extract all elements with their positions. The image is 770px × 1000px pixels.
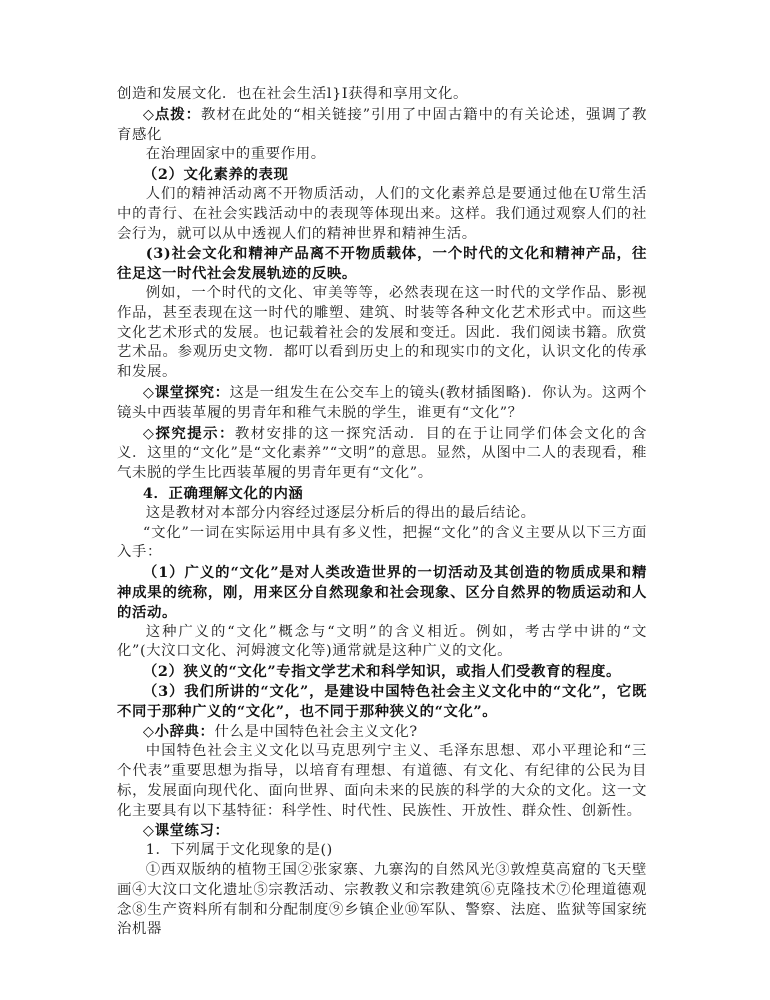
exercise-heading: ◇课堂练习： xyxy=(117,821,647,841)
section-heading: 4．正确理解文化的内涵 xyxy=(117,484,647,504)
paragraph: 中国特色社会主义文化以马克思列宁主义、毛泽东思想、邓小平理论和“三个代表”重要思… xyxy=(117,742,647,821)
paragraph: 例如，一个时代的文化、审美等等，必然表现在这一时代的文学作品、影视作品，甚至表现… xyxy=(117,284,647,383)
paragraph: 人们的精神活动离不开物质活动，人们的文化素养总是要通过他在U常生活中的青行、在社… xyxy=(117,185,647,244)
tip-label: ◇点拨： xyxy=(143,106,201,123)
dictionary-label: ◇小辞典： xyxy=(143,723,215,740)
question-options: ①西双版纳的植物王国②张家寨、九寨沟的自然风光③敦煌莫高窟的飞天壁画④大汶口文化… xyxy=(117,861,647,940)
section-heading: （2）狭义的“文化”专指文学艺术和科学知识，或指人们受教育的程度。 xyxy=(117,662,647,682)
paragraph: 这种广义的“文化”概念与“文明”的含义相近。例如，考古学中讲的“文化”(大汶口文… xyxy=(117,623,647,663)
tip-paragraph: ◇点拨：教材在此处的“相关链接”引用了中固古籍中的有关论述，强调了教育感化 xyxy=(117,105,647,146)
paragraph: 在治理固家中的重要作用。 xyxy=(117,145,647,165)
dictionary-paragraph: ◇小辞典：什么是中国特色社会主义文化? xyxy=(117,722,647,743)
paragraph: “文化”一词在实际运用中具有多义性，把握“文化”的含义主要从以下三方面入手： xyxy=(117,524,647,564)
inquiry-paragraph: ◇课堂探究：这是一组发生在公交车上的镜头(教材插图略)．你认为。这两个镜头中西装… xyxy=(117,383,647,424)
paragraph: 创造和发展文化．也在社会生活l}I获得和享用文化。 xyxy=(117,85,647,105)
hint-label: ◇探究提示： xyxy=(143,425,235,442)
section-heading: （2）文化素养的表现 xyxy=(117,165,647,185)
paragraph: 这是教材对本部分内容经过逐层分析后的得出的最后结论。 xyxy=(117,504,647,524)
section-heading: （3）我们所讲的“文化”，是建设中国特色社会主义文化中的“文化”，它既不同于那种… xyxy=(117,682,647,722)
hint-paragraph: ◇探究提示：教材安排的这一探究活动．目的在于让同学们体会文化的含义．这里的“文化… xyxy=(117,424,647,484)
question: 1．下列属于文化现象的是() xyxy=(117,841,647,861)
section-heading: （1）广义的“文化”是对人类改造世界的一切活动及其创造的物质成果和精神成果的统称… xyxy=(117,563,647,622)
inquiry-label: ◇课堂探究： xyxy=(143,384,230,401)
dictionary-body: 什么是中国特色社会主义文化? xyxy=(215,724,418,740)
document-page: 创造和发展文化．也在社会生活l}I获得和享用文化。 ◇点拨：教材在此处的“相关链… xyxy=(117,85,647,940)
section-heading: (3)社会文化和精神产品离不开物质载体，一个时代的文化和精神产品，往往足这一时代… xyxy=(117,244,647,284)
